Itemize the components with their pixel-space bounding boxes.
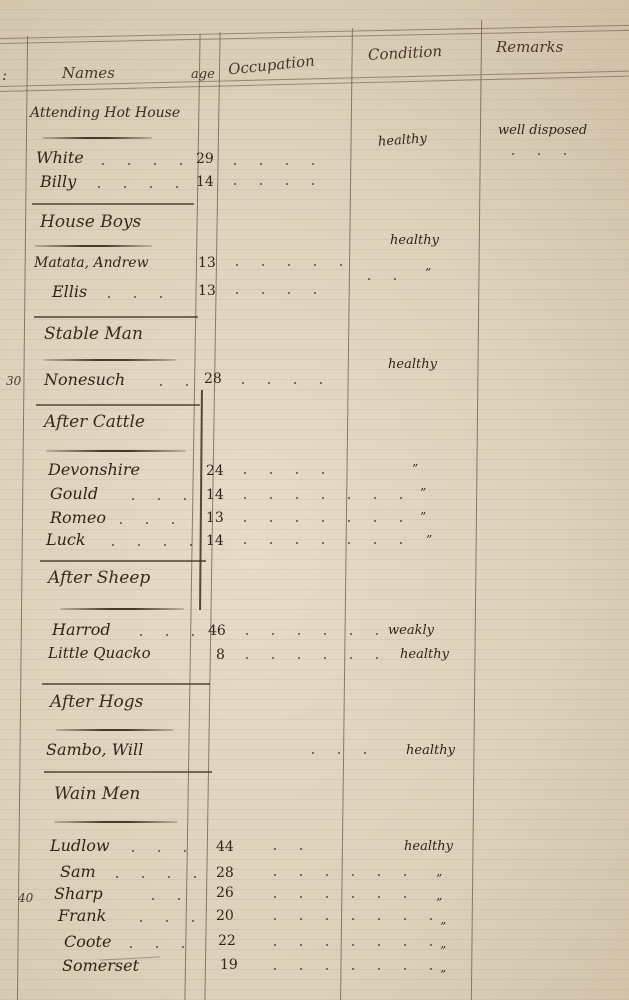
entry-name: Coote xyxy=(64,934,111,950)
leader-dots xyxy=(262,848,322,850)
entry-condition-ditto: ” xyxy=(420,510,426,524)
column-rule-condition-remarks xyxy=(471,20,482,1000)
entry-name: Frank xyxy=(58,908,106,924)
entry-name: Luck xyxy=(46,532,86,548)
group-title: House Boys xyxy=(40,214,141,231)
leader-dots xyxy=(234,657,394,659)
entry-name: Ellis xyxy=(52,284,87,300)
entry-condition-ditto: ” xyxy=(440,944,446,958)
entry-age: 22 xyxy=(218,934,236,948)
entry-condition: healthy xyxy=(404,840,453,853)
margin-count-number: 40 xyxy=(18,892,33,904)
entry-name: Harrod xyxy=(52,622,111,638)
entry-condition-ditto: ” xyxy=(426,533,432,547)
group-title: Wain Men xyxy=(54,786,140,803)
ledger-page: : Names age Occupation Condition Remarks… xyxy=(0,0,629,1000)
group-title: After Sheep xyxy=(48,570,150,587)
leader-dots xyxy=(90,163,190,165)
leader-dots xyxy=(222,183,332,185)
entry-name: Sambo, Will xyxy=(46,742,143,758)
group-title-underline xyxy=(46,450,186,452)
leader-dots xyxy=(232,520,402,522)
entry-name: Devonshire xyxy=(48,462,140,478)
entry-condition-ditto: ” xyxy=(420,486,426,500)
entry-condition-ditto: ” xyxy=(440,920,446,934)
entry-age: 46 xyxy=(208,624,226,638)
leader-dots xyxy=(128,634,198,636)
entry-condition-ditto: ” xyxy=(436,896,442,910)
leader-dots xyxy=(232,497,402,499)
entry-age: 14 xyxy=(206,534,224,548)
header-age: age xyxy=(191,68,215,81)
header-margin-mark: : xyxy=(2,68,7,83)
leader-dots xyxy=(224,292,334,294)
leader-dots xyxy=(86,186,186,188)
entry-age: 19 xyxy=(220,958,238,972)
entry-age: 28 xyxy=(204,372,222,386)
entry-age: 29 xyxy=(196,152,214,166)
entry-name: Matata, Andrew xyxy=(34,256,149,270)
leader-dots xyxy=(262,968,438,970)
leader-dots xyxy=(262,874,422,876)
entry-condition: healthy xyxy=(406,744,455,757)
group-separator xyxy=(34,316,198,318)
leader-dots xyxy=(262,944,438,946)
entry-name: Sam xyxy=(60,864,96,880)
leader-dots xyxy=(262,918,438,920)
entry-age: 13 xyxy=(198,256,216,270)
leader-dots xyxy=(118,946,202,948)
names-box-right-edge xyxy=(199,390,203,610)
entry-age: 14 xyxy=(196,175,214,189)
entry-condition: healthy xyxy=(378,132,428,148)
entry-age: 14 xyxy=(206,488,224,502)
entry-condition-ditto: ” xyxy=(412,462,418,476)
entry-age: 26 xyxy=(216,886,234,900)
group-title: Attending Hot House xyxy=(30,106,180,120)
group-title-underline xyxy=(54,821,178,823)
group-separator xyxy=(44,771,212,773)
leader-dots xyxy=(100,544,192,546)
group-separator xyxy=(36,404,200,406)
group-title: Stable Man xyxy=(44,326,143,343)
leader-dots xyxy=(120,498,190,500)
entry-age: 13 xyxy=(206,511,224,525)
leader-dots xyxy=(120,850,190,852)
leader-dots xyxy=(222,163,332,165)
group-separator xyxy=(32,203,194,205)
entry-age: 13 xyxy=(198,284,216,298)
entry-name: White xyxy=(36,150,84,166)
leader-dots xyxy=(140,898,200,900)
group-title-underline xyxy=(56,729,174,731)
leader-dots xyxy=(356,278,416,280)
entry-name: Little Quacko xyxy=(48,646,151,661)
entry-name: Sharp xyxy=(54,886,103,902)
leader-dots xyxy=(230,382,340,384)
entry-name: Gould xyxy=(50,486,98,502)
group-title: After Cattle xyxy=(44,414,145,431)
entry-name: Ludlow xyxy=(50,838,110,854)
column-rule-left-margin xyxy=(17,36,28,1000)
entry-condition: healthy xyxy=(400,648,449,661)
leader-dots xyxy=(232,542,412,544)
group-separator xyxy=(40,560,206,562)
leader-dots xyxy=(500,153,570,155)
entry-condition: healthy xyxy=(390,234,439,247)
leader-dots xyxy=(262,896,422,898)
entry-condition-ditto: ” xyxy=(425,266,431,280)
group-title: After Hogs xyxy=(50,694,143,711)
group-title-underline xyxy=(60,608,184,610)
group-title-underline xyxy=(34,245,152,247)
entry-age: 8 xyxy=(216,648,225,662)
entry-condition-ditto: ” xyxy=(440,968,446,982)
entry-remarks: well disposed xyxy=(498,124,587,137)
header-remarks: Remarks xyxy=(496,40,563,55)
group-separator xyxy=(42,683,210,685)
leader-dots xyxy=(128,920,200,922)
entry-condition: healthy xyxy=(388,358,437,371)
entry-condition: weakly xyxy=(388,624,434,637)
margin-count-number: 30 xyxy=(6,375,21,387)
header-condition: Condition xyxy=(368,44,443,63)
header-occupation: Occupation xyxy=(227,54,315,78)
leader-dots xyxy=(234,633,384,635)
entry-age: 24 xyxy=(206,464,224,478)
entry-condition-ditto: ” xyxy=(436,872,442,886)
entry-name: Romeo xyxy=(50,510,106,526)
leader-dots xyxy=(148,384,198,386)
leader-dots xyxy=(224,264,344,266)
group-title-underline xyxy=(44,359,176,361)
group-title-underline xyxy=(42,137,152,139)
entry-age: 28 xyxy=(216,866,234,880)
leader-dots xyxy=(96,296,186,298)
leader-dots xyxy=(108,522,192,524)
leader-dots xyxy=(300,752,380,754)
column-rule-occupation-condition xyxy=(340,28,353,1000)
entry-name: Nonesuch xyxy=(44,372,125,388)
leader-dots xyxy=(232,472,342,474)
header-names: Names xyxy=(62,66,115,81)
leader-dots xyxy=(104,876,200,878)
entry-name: Billy xyxy=(40,174,76,190)
entry-age: 44 xyxy=(216,840,234,854)
entry-age: 20 xyxy=(216,909,234,923)
